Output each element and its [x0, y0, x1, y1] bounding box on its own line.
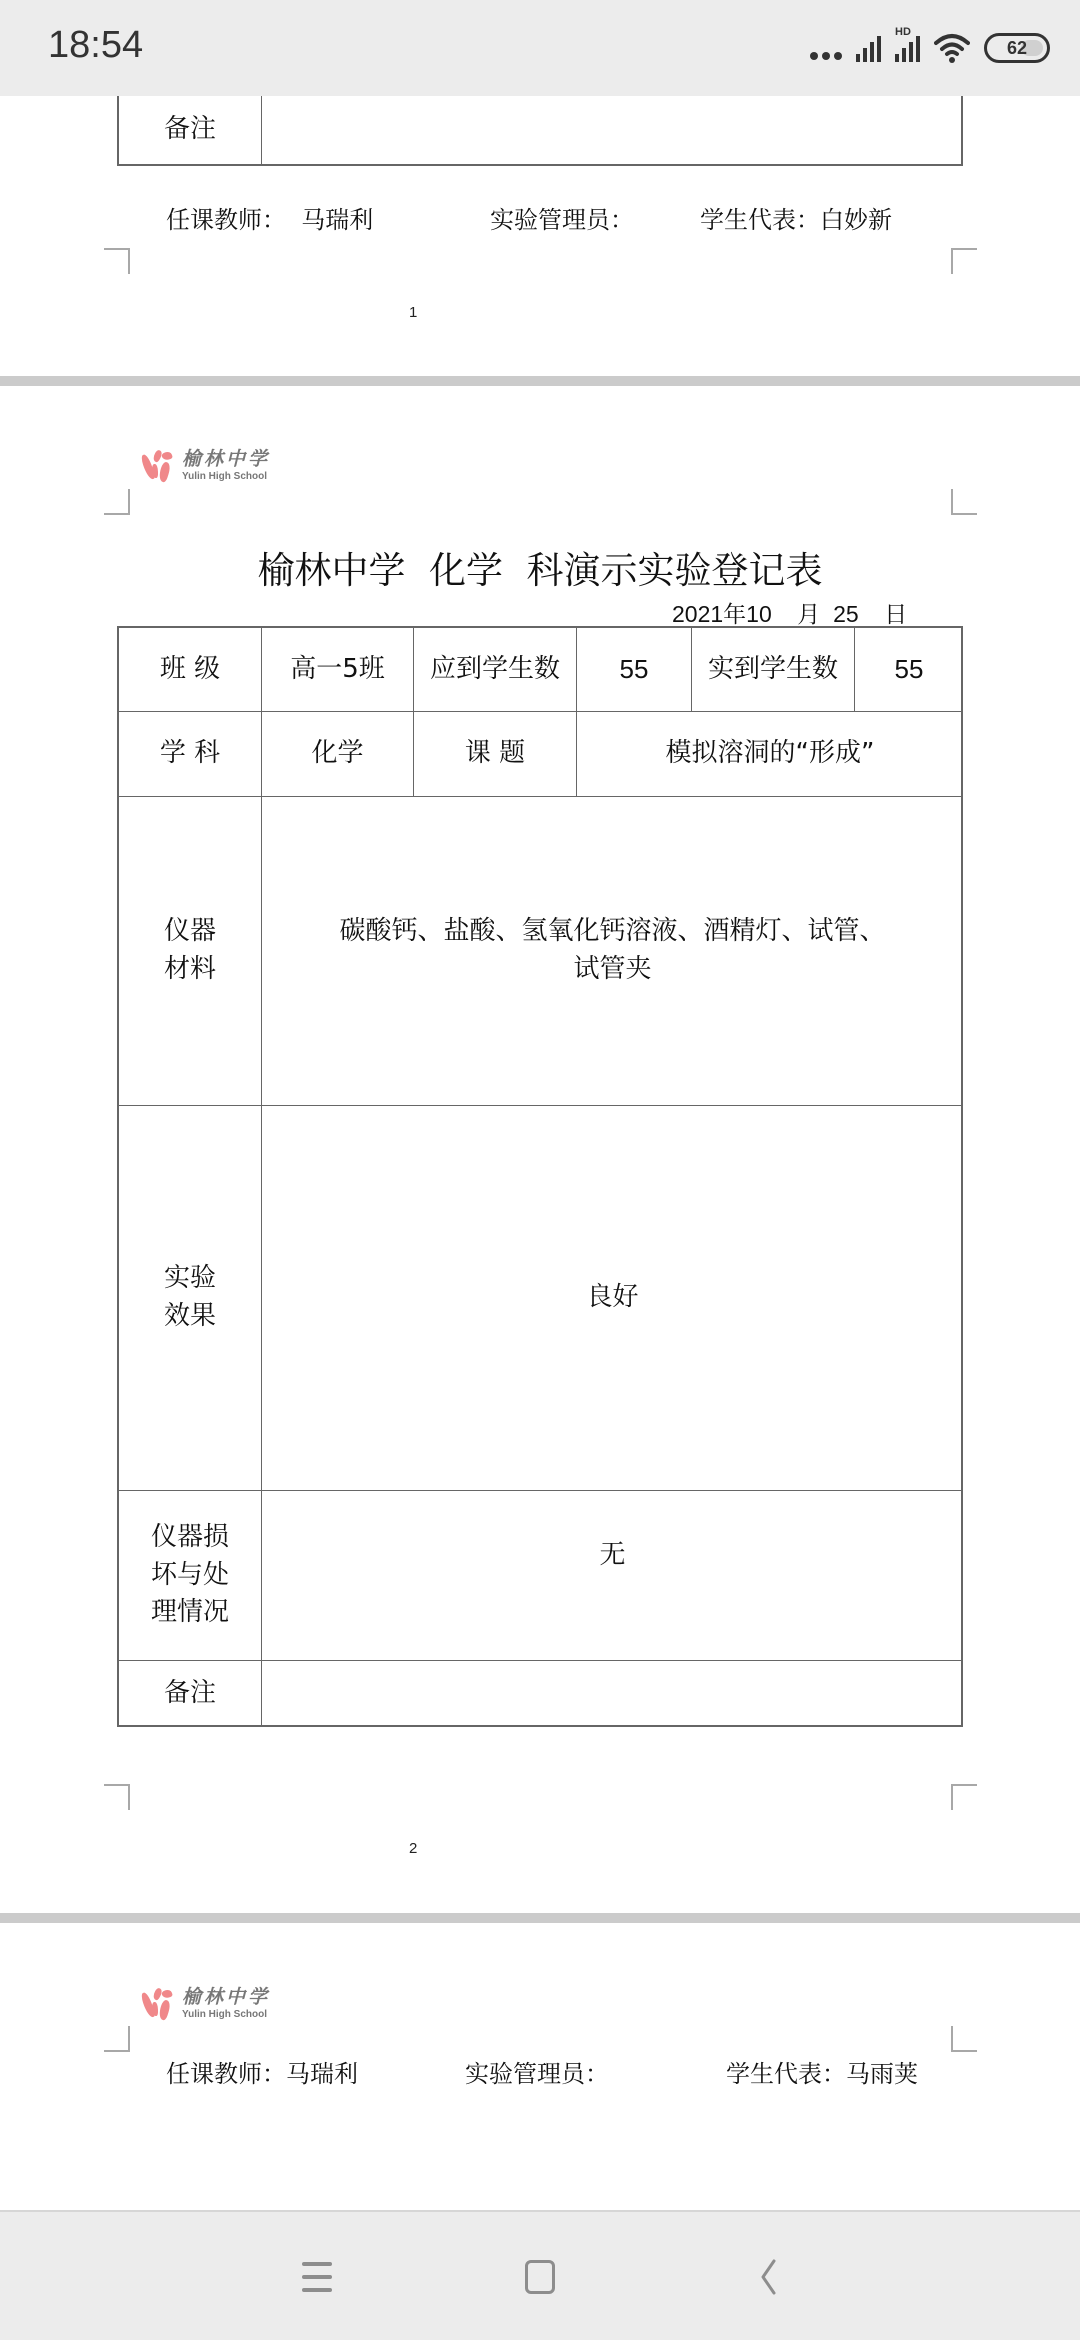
actual-students-value: 55	[855, 628, 963, 712]
screen: 18:54 HD 62 备注 任课教师： 马	[0, 0, 1080, 2340]
experiment-register-table: 班 级 高一5班 应到学生数 55 实到学生数 55 学 科 化学 课 题 模拟…	[117, 626, 963, 1727]
status-icons: HD 62	[810, 28, 1050, 68]
signal-icon	[856, 34, 881, 62]
battery-icon: 62	[984, 33, 1050, 63]
expected-students-label: 应到学生数	[414, 628, 577, 712]
page-corner-mark	[951, 1784, 977, 1810]
logo-flower-icon	[140, 1986, 176, 2022]
status-time: 18:54	[48, 24, 143, 67]
page-corner-mark	[104, 2026, 130, 2052]
effect-label-line2: 效果	[164, 1298, 216, 1336]
remarks-value	[262, 96, 963, 164]
materials-value-line1: 碳酸钙、盐酸、氢氧化钙溶液、酒精灯、试管、	[339, 913, 885, 951]
remarks-label: 备注	[119, 1661, 262, 1727]
materials-label: 仪器 材料	[119, 797, 262, 1106]
document-title: 榆林中学 化学 科演示实验登记表	[0, 540, 1080, 594]
menu-button[interactable]	[267, 2212, 367, 2340]
materials-value: 碳酸钙、盐酸、氢氧化钙溶液、酒精灯、试管、 试管夹	[262, 797, 963, 1106]
signature-lab-admin: 实验管理员：	[490, 200, 634, 235]
subject-value: 化学	[262, 712, 414, 797]
page-corner-mark	[951, 248, 977, 274]
logo-cn: 榆林中学	[182, 450, 270, 469]
page-number: 2	[409, 1840, 417, 1857]
damage-label-line2: 坏与处	[151, 1557, 229, 1595]
battery-level: 62	[1007, 38, 1027, 59]
page-corner-mark	[951, 2026, 977, 2052]
more-dots-icon	[810, 36, 842, 60]
logo-en: Yulin High School	[182, 472, 270, 482]
materials-label-line1: 仪器	[164, 913, 216, 951]
status-bar: 18:54 HD 62	[0, 0, 1080, 96]
logo-flower-icon	[140, 448, 176, 484]
school-logo: 榆林中学 Yulin High School	[140, 448, 270, 484]
back-button[interactable]	[718, 2212, 818, 2340]
home-icon	[525, 2260, 555, 2294]
damage-label: 仪器损 坏与处 理情况	[119, 1491, 262, 1661]
materials-label-line2: 材料	[164, 951, 216, 989]
menu-icon	[302, 2262, 332, 2292]
materials-value-line2: 试管夹	[573, 951, 651, 989]
signature-student-rep: 学生代表：马雨荚	[726, 2054, 918, 2089]
network-label: HD	[895, 26, 911, 38]
signature-lab-admin: 实验管理员：	[465, 2054, 609, 2089]
topic-label: 课 题	[414, 712, 577, 797]
page-corner-mark	[104, 248, 130, 274]
actual-students-label: 实到学生数	[692, 628, 855, 712]
wifi-icon	[934, 33, 970, 63]
page-separator	[0, 1913, 1080, 1923]
page-corner-mark	[951, 489, 977, 515]
signature-student-rep: 学生代表：白妙新	[700, 200, 892, 235]
signature-teacher: 任课教师：马瑞利	[166, 2054, 358, 2089]
logo-en: Yulin High School	[182, 2010, 270, 2020]
effect-label-line1: 实验	[164, 1260, 216, 1298]
damage-label-line1: 仪器损	[151, 1519, 229, 1557]
damage-value: 无	[262, 1491, 963, 1661]
document-date: 2021年10 月 25 日	[672, 596, 907, 629]
logo-cn: 榆林中学	[182, 1988, 270, 2007]
page-number: 1	[409, 304, 417, 321]
signal-hd-icon: HD	[895, 34, 920, 62]
back-chevron-icon	[758, 2259, 778, 2295]
damage-label-line3: 理情况	[151, 1594, 229, 1632]
signature-teacher: 任课教师： 马瑞利	[166, 200, 373, 235]
subject-label: 学 科	[119, 712, 262, 797]
topic-value: 模拟溶洞的“形成”	[577, 712, 963, 797]
expected-students-value: 55	[577, 628, 692, 712]
remarks-value	[262, 1661, 963, 1727]
class-label: 班 级	[119, 628, 262, 712]
page-corner-mark	[104, 489, 130, 515]
page-separator	[0, 376, 1080, 386]
school-logo: 榆林中学 Yulin High School	[140, 1986, 270, 2022]
page1-remarks-table: 备注	[117, 96, 963, 166]
remarks-label: 备注	[119, 96, 262, 164]
effect-label: 实验 效果	[119, 1106, 262, 1491]
navigation-bar	[0, 2210, 1080, 2340]
page-corner-mark	[104, 1784, 130, 1810]
class-value: 高一5班	[262, 628, 414, 712]
home-button[interactable]	[490, 2212, 590, 2340]
effect-value: 良好	[262, 1106, 963, 1491]
